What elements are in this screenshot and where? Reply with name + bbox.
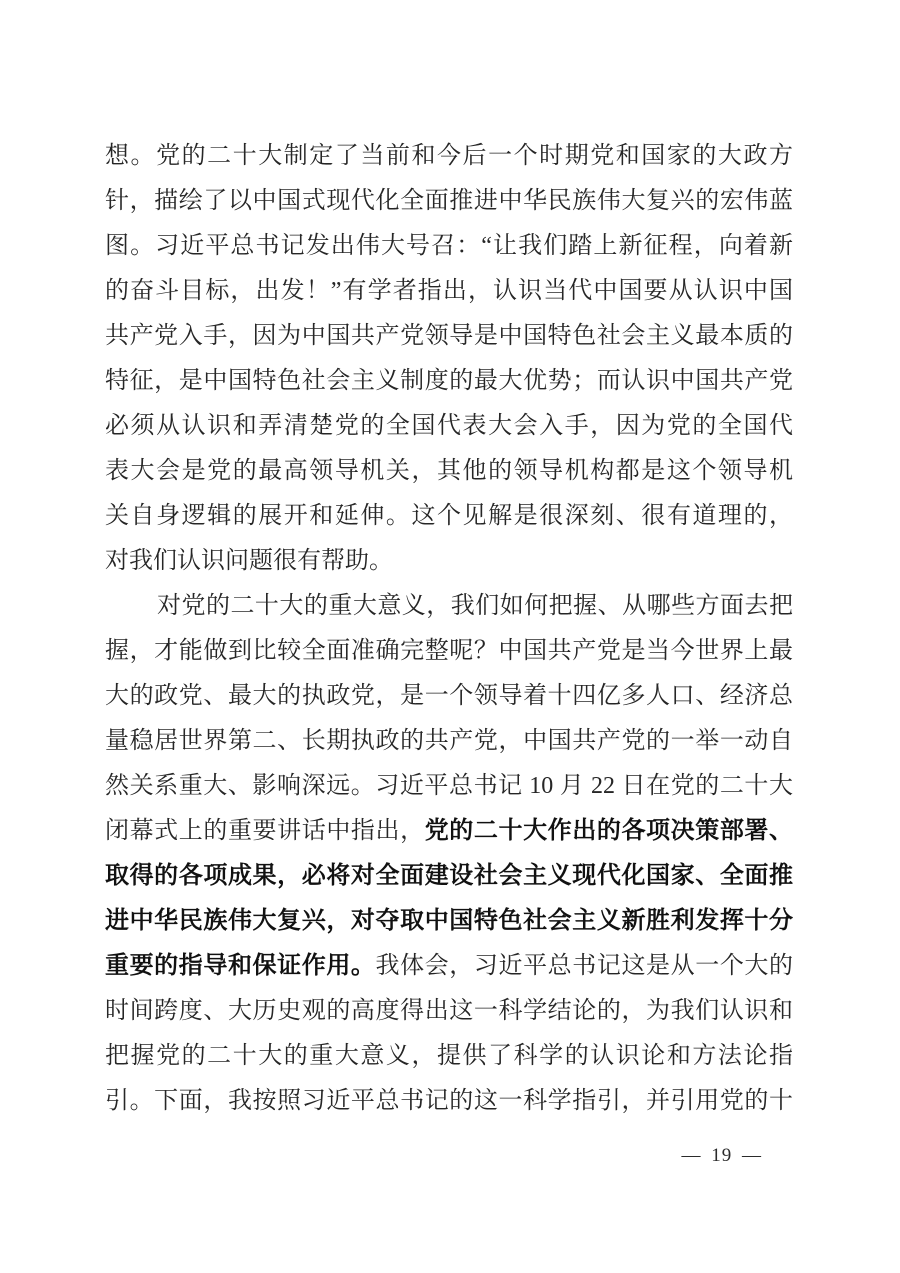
text-line: 进中华民族伟大复兴，对夺取中国特色社会主义新胜利发挥十分 (105, 899, 793, 944)
text-line: 重要的指导和保证作用。我体会，习近平总书记这是从一个大的 (105, 944, 793, 989)
text-segment: 的奋斗目标，出发！”有学者指出，认识当代中国要从认识中国 (105, 278, 793, 304)
text-line: 针，描绘了以中国式现代化全面推进中华民族伟大复兴的宏伟蓝 (105, 179, 793, 224)
text-line: 关自身逻辑的展开和延伸。这个见解是很深刻、很有道理的， (105, 494, 793, 539)
text-segment: 想。党的二十大制定了当前和今后一个时期党和国家的大政方 (105, 143, 793, 169)
text-segment: 把握党的二十大的重大意义，提供了科学的认识论和方法论指 (105, 1043, 793, 1069)
text-line: 把握党的二十大的重大意义，提供了科学的认识论和方法论指 (105, 1034, 793, 1079)
text-line: 取得的各项成果，必将对全面建设社会主义现代化国家、全面推 (105, 854, 793, 899)
text-segment: 对我们认识问题很有帮助。 (105, 548, 393, 574)
text-line: 共产党入手，因为中国共产党领导是中国特色社会主义最本质的 (105, 314, 793, 359)
text-line: 特征，是中国特色社会主义制度的最大优势；而认识中国共产党 (105, 359, 793, 404)
text-segment: 握，才能做到比较全面准确完整呢？中国共产党是当今世界上最 (105, 638, 793, 664)
text-line: 对我们认识问题很有帮助。 (105, 539, 793, 584)
text-segment: 量稳居世界第二、长期执政的共产党，中国共产党的一举一动自 (105, 728, 793, 754)
bold-text-segment: 取得的各项成果，必将对全面建设社会主义现代化国家、全面推 (105, 863, 793, 889)
text-line: 想。党的二十大制定了当前和今后一个时期党和国家的大政方 (105, 134, 793, 179)
text-segment: 共产党入手，因为中国共产党领导是中国特色社会主义最本质的 (105, 323, 793, 349)
text-line: 图。习近平总书记发出伟大号召：“让我们踏上新征程，向着新 (105, 224, 793, 269)
text-line: 时间跨度、大历史观的高度得出这一科学结论的，为我们认识和 (105, 989, 793, 1034)
text-segment: 针，描绘了以中国式现代化全面推进中华民族伟大复兴的宏伟蓝 (105, 188, 793, 214)
text-line: 握，才能做到比较全面准确完整呢？中国共产党是当今世界上最 (105, 629, 793, 674)
bold-text-segment: 党的二十大作出的各项决策部署、 (425, 818, 793, 844)
bold-text-segment: 重要的指导和保证作用。 (105, 953, 376, 979)
text-segment: 然关系重大、影响深远。习近平总书记 10 月 22 日在党的二十大 (105, 773, 793, 799)
text-segment: 关自身逻辑的展开和延伸。这个见解是很深刻、很有道理的， (105, 503, 793, 529)
text-line: 大的政党、最大的执政党，是一个领导着十四亿多人口、经济总 (105, 674, 793, 719)
text-line: 量稳居世界第二、长期执政的共产党，中国共产党的一举一动自 (105, 719, 793, 764)
text-block: 想。党的二十大制定了当前和今后一个时期党和国家的大政方针，描绘了以中国式现代化全… (105, 134, 793, 1124)
text-segment: 特征，是中国特色社会主义制度的最大优势；而认识中国共产党 (105, 368, 793, 394)
text-segment: 图。习近平总书记发出伟大号召：“让我们踏上新征程，向着新 (105, 233, 793, 259)
paragraph-2: 对党的二十大的重大意义，我们如何把握、从哪些方面去把握，才能做到比较全面准确完整… (105, 584, 793, 1124)
text-segment: 引。下面，我按照习近平总书记的这一科学指引，并引用党的十 (105, 1088, 793, 1114)
text-line: 表大会是党的最高领导机关，其他的领导机构都是这个领导机 (105, 449, 793, 494)
document-page: 想。党的二十大制定了当前和今后一个时期党和国家的大政方针，描绘了以中国式现代化全… (0, 0, 900, 1273)
text-segment: 表大会是党的最高领导机关，其他的领导机构都是这个领导机 (105, 458, 793, 484)
text-line: 闭幕式上的重要讲话中指出，党的二十大作出的各项决策部署、 (105, 809, 793, 854)
paragraph-1: 想。党的二十大制定了当前和今后一个时期党和国家的大政方针，描绘了以中国式现代化全… (105, 134, 793, 584)
text-segment: 时间跨度、大历史观的高度得出这一科学结论的，为我们认识和 (105, 998, 793, 1024)
text-line: 引。下面，我按照习近平总书记的这一科学指引，并引用党的十 (105, 1079, 793, 1124)
text-line: 然关系重大、影响深远。习近平总书记 10 月 22 日在党的二十大 (105, 764, 793, 809)
text-line: 的奋斗目标，出发！”有学者指出，认识当代中国要从认识中国 (105, 269, 793, 314)
text-segment: 对党的二十大的重大意义，我们如何把握、从哪些方面去把 (157, 593, 793, 619)
page-number: — 19 — (682, 1143, 763, 1169)
text-segment: 我体会，习近平总书记这是从一个大的 (376, 953, 793, 979)
text-line: 对党的二十大的重大意义，我们如何把握、从哪些方面去把 (105, 584, 793, 629)
text-segment: 必须从认识和弄清楚党的全国代表大会入手，因为党的全国代 (105, 413, 793, 439)
text-segment: 闭幕式上的重要讲话中指出， (105, 818, 425, 844)
text-segment: 大的政党、最大的执政党，是一个领导着十四亿多人口、经济总 (105, 683, 793, 709)
text-line: 必须从认识和弄清楚党的全国代表大会入手，因为党的全国代 (105, 404, 793, 449)
bold-text-segment: 进中华民族伟大复兴，对夺取中国特色社会主义新胜利发挥十分 (105, 908, 793, 934)
